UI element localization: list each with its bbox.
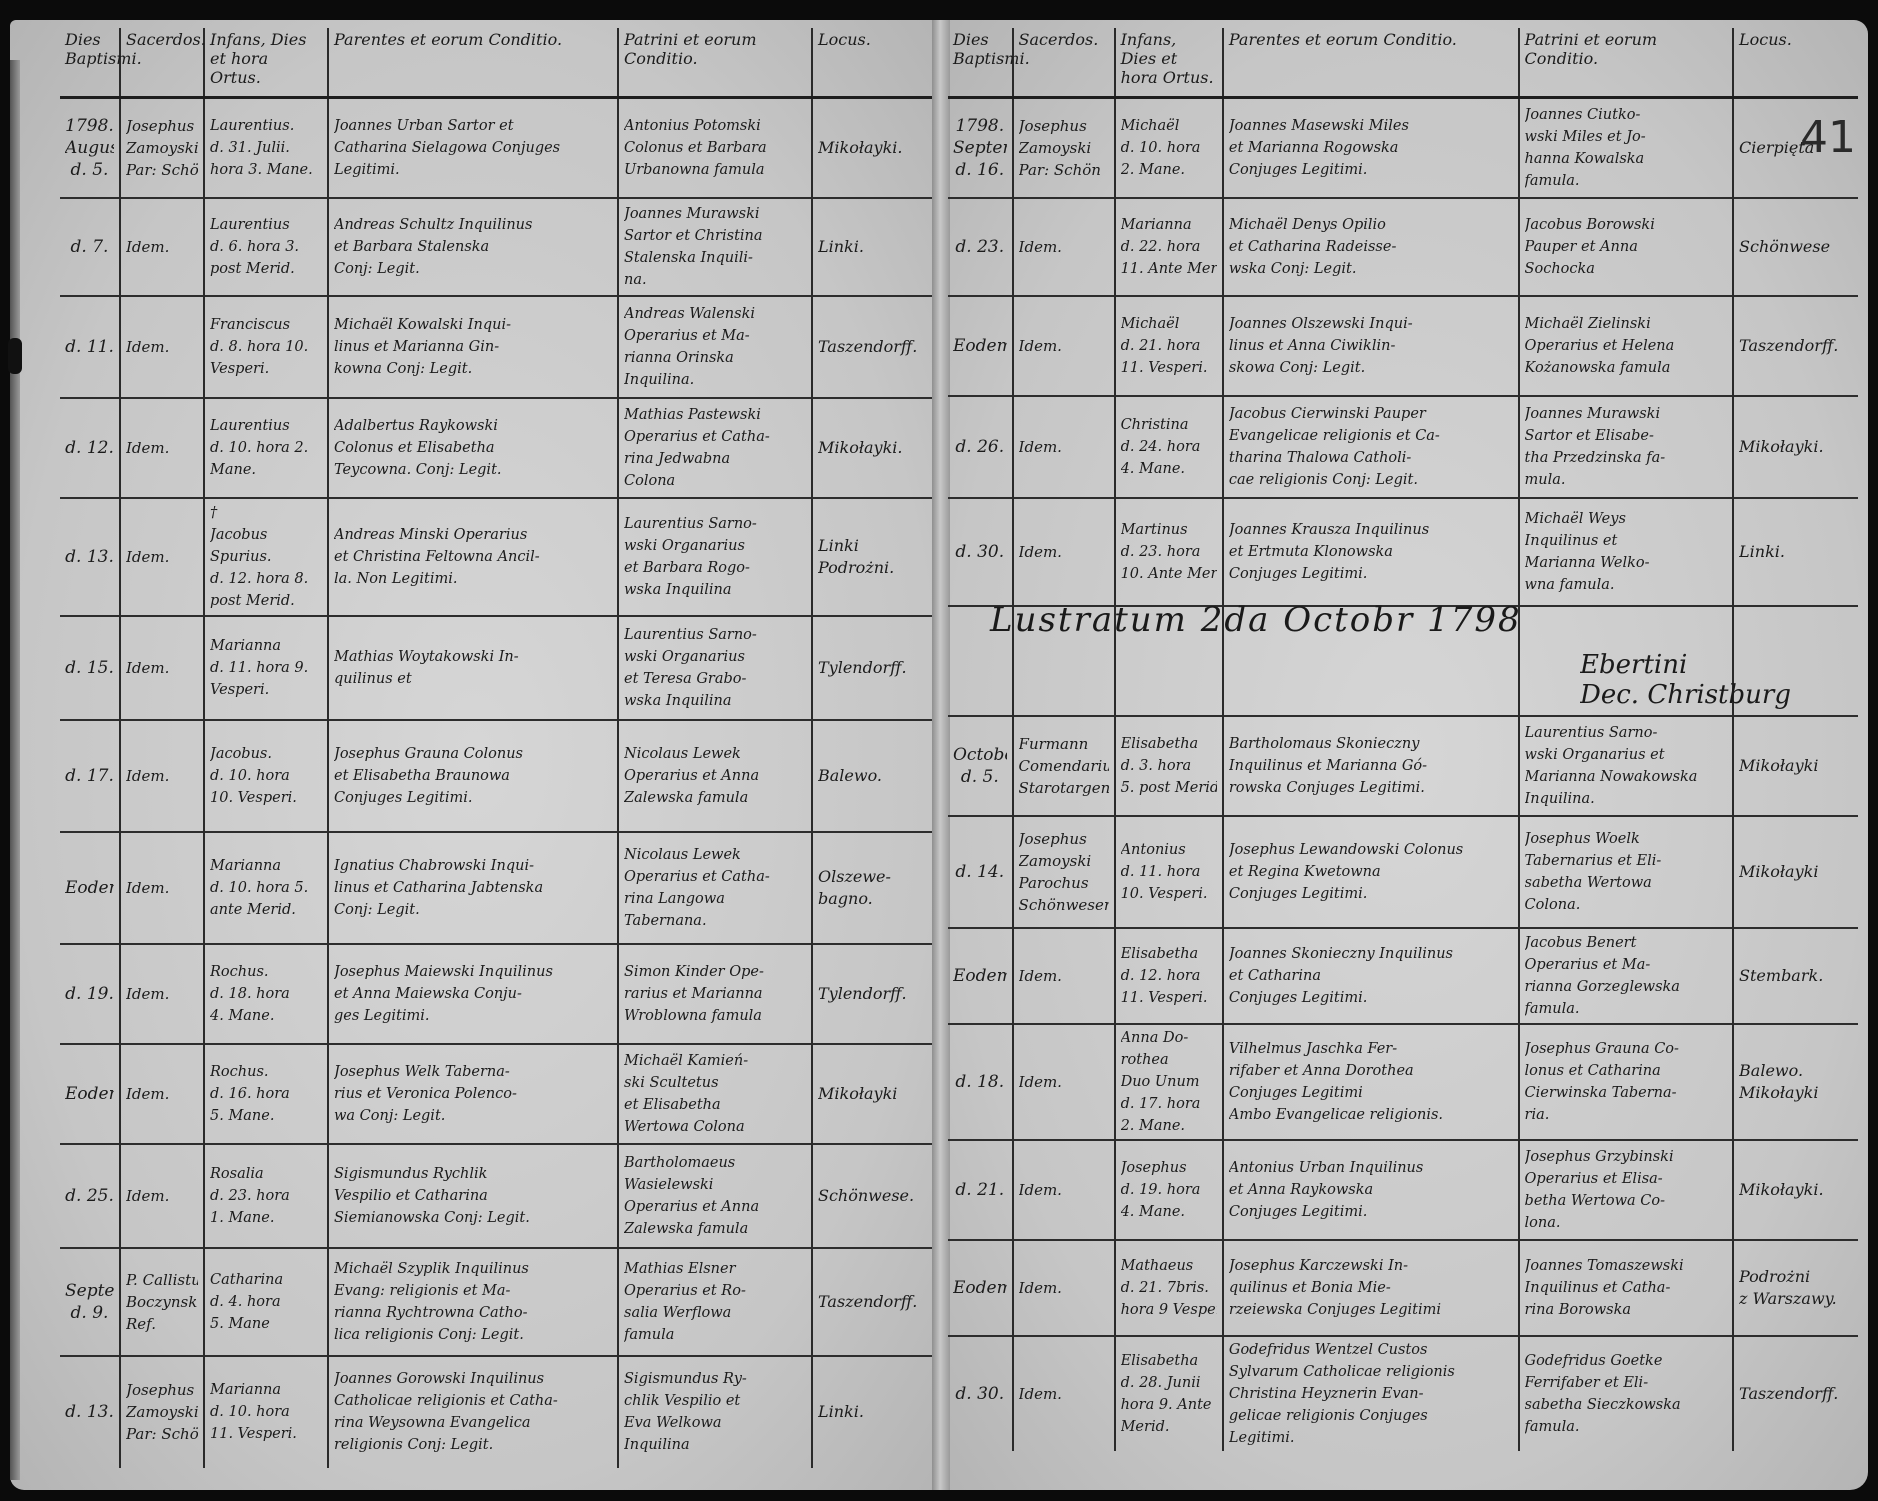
parents-line: et Regina Kwetowna [1229,861,1513,883]
infant-line: 11. Ante Merid. [1121,258,1217,280]
infant-line: Rosalia [210,1163,322,1185]
entry-parents: Michaël Denys Opilioet Catharina Radeiss… [1223,198,1519,296]
priest-line: Comendarius [1019,755,1109,777]
entry-priest: Idem. [1013,396,1115,498]
header-parentes: Parentes et eorum Conditio. [328,28,618,98]
godparents-line: et Teresa Grabo- [624,668,806,690]
entry-godparents: Antonius PotomskiColonus et BarbaraUrban… [618,98,812,198]
entry-infant: Elisabethad. 28. Juniihora 9. AnteMerid. [1115,1336,1223,1451]
entry-godparents: Godefridus GoetkeFerrifaber et Eli-sabet… [1519,1336,1733,1451]
locus-line: Linki. [818,236,927,258]
register-entry: d. 13.JosephusZamoyskiPar: SchönMarianna… [60,1356,932,1468]
right-entries: 1798.Septemberd. 16.JosephusZamoyskiPar:… [948,98,1858,1451]
godparents-line: sabetha Sieczkowska [1525,1394,1727,1416]
infant-line: d. 4. hora [210,1291,322,1313]
parents-line: Conjuges Legitimi. [334,787,612,809]
entry-parents: Andreas Minski Operariuset Christina Fel… [328,498,618,616]
parents-line: Michaël Szyplik Inquilinus [334,1258,612,1280]
entry-godparents: BartholomaeusWasielewskiOperarius et Ann… [618,1144,812,1248]
infant-line: Marianna [210,1379,322,1401]
infant-line: d. 16. hora [210,1083,322,1105]
entry-infant: Rochus.d. 18. hora4. Mane. [204,944,328,1044]
parents-line: et Barbara Stalenska [334,236,612,258]
parents-line: Siemianowska Conj: Legit. [334,1207,612,1229]
godparents-line: Tabernarius et Eli- [1525,850,1727,872]
header-infans: Infans, Dies et hora Ortus. [1115,28,1223,98]
parents-line: Antonius Urban Inquilinus [1229,1157,1513,1179]
header-locus: Locus. [1733,28,1858,98]
day-line: d. 23. [953,236,1007,258]
infant-line: d. 11. hora 9. [210,657,322,679]
godparents-line: Inquilina. [624,369,806,391]
parents-line: Conj: Legit. [334,258,612,280]
infant-line: d. 10. hora [1121,137,1217,159]
parents-line: Joannes Skonieczny Inquilinus [1229,943,1513,965]
signature-line: Dec. Christburg [1580,680,1791,710]
infant-line: Laurentius [210,214,322,236]
lustratum-signature: Ebertini Dec. Christburg [1580,650,1791,710]
entry-parents: Godefridus Wentzel CustosSylvarum Cathol… [1223,1336,1519,1451]
infant-line: Josephus [1121,1157,1217,1179]
infant-line: ante Merid. [210,899,322,921]
entry-locus: Stembark. [1733,928,1858,1024]
godparents-line: wski Miles et Jo- [1525,126,1727,148]
day-line: Eodem. [65,877,114,899]
entry-parents: Jacobus Cierwinski PauperEvangelicae rel… [1223,396,1519,498]
register-entry: d. 17.Idem.Jacobus.d. 10. hora10. Vesper… [60,720,932,832]
parents-line: Godefridus Wentzel Custos [1229,1339,1513,1361]
infant-line: 11. Vesperi. [1121,357,1217,379]
entry-locus: Linki. [812,1356,932,1468]
entry-godparents: Simon Kinder Ope-rarius et MariannaWrobl… [618,944,812,1044]
entry-locus: Taszendorff. [812,296,932,398]
infant-line: 5. post Merid. [1121,777,1217,799]
locus-line: Linki. [1739,541,1853,563]
entry-day: d. 11. [60,296,120,398]
priest-line: Idem. [1019,1383,1109,1405]
locus-line: Podrożni [1739,1266,1853,1288]
locus-line: Mikołayki [818,1083,927,1105]
day-line: September [953,137,1007,159]
parents-line: Josephus Maiewski Inquilinus [334,961,612,983]
entry-parents: Josephus Lewandowski Colonuset Regina Kw… [1223,816,1519,928]
entry-day: Eodem [948,296,1013,396]
parents-line: Andreas Schultz Inquilinus [334,214,612,236]
parents-line: Adalbertus Raykowski [334,415,612,437]
header-row: Dies Baptismi. Sacerdos. Infans, Dies et… [948,28,1858,98]
day-line: d. 5. [953,766,1007,788]
header-parentes: Parentes et eorum Conditio. [1223,28,1519,98]
godparents-line: Operarius et Anna [624,765,806,787]
entry-locus: Tylendorff. [812,944,932,1044]
priest-line: Zamoyski [126,137,198,159]
entry-day: d. 18. [948,1024,1013,1140]
priest-line: Starotargensis [1019,777,1109,799]
entry-godparents: Nicolaus LewekOperarius et AnnaZalewska … [618,720,812,832]
priest-line: Idem. [1019,1179,1109,1201]
day-line: d. 14. [953,861,1007,883]
infant-line: 1. Mane. [210,1207,322,1229]
parents-line: wska Conj: Legit. [1229,258,1513,280]
godparents-line: Eva Welkowa [624,1412,806,1434]
godparents-line: Josephus Grauna Co- [1525,1038,1727,1060]
infant-line: d. 17. hora [1121,1093,1217,1115]
entry-day: Eodem. [948,1240,1013,1336]
priest-line: Idem. [126,1083,198,1105]
godparents-line: Josephus Grzybinski [1525,1146,1727,1168]
entry-priest: FurmannComendariusStarotargensis [1013,716,1115,816]
entry-priest: Idem. [120,616,204,720]
infant-line: hora 9 Vesperi [1121,1299,1217,1321]
godparents-line: Antonius Potomski [624,115,806,137]
locus-line: Mikołayki. [1739,436,1853,458]
lustratum-note: Lustratum 2da Octobr 1798 [990,600,1522,640]
godparents-line: rina Borowska [1525,1299,1727,1321]
parents-line: Conjuges Legitimi. [1229,883,1513,905]
parents-line: Michaël Denys Opilio [1229,214,1513,236]
infant-line: d. 8. hora 10. [210,336,322,358]
entry-infant: Mariannad. 11. hora 9.Vesperi. [204,616,328,720]
entry-day: d. 15. [60,616,120,720]
infant-line: d. 11. hora [1121,861,1217,883]
infant-line: d. 10. hora [210,1401,322,1423]
godparents-line: Laurentius Sarno- [624,513,806,535]
entry-parents: Andreas Schultz Inquilinuset Barbara Sta… [328,198,618,296]
entry-priest: Idem. [120,498,204,616]
parents-line: Jacobus Cierwinski Pauper [1229,403,1513,425]
entry-godparents: Laurentius Sarno-wski Organarius etMaria… [1519,716,1733,816]
register-entry: October.d. 5.FurmannComendariusStarotarg… [948,716,1858,816]
infant-line: Christina [1121,414,1217,436]
entry-day: d. 26. [948,396,1013,498]
infant-line: Duo Unum [1121,1071,1217,1093]
locus-line: Mikołayki. [1739,1179,1853,1201]
parents-line: quilinus et Bonia Mie- [1229,1277,1513,1299]
entry-parents: Josephus Welk Taberna-rius et Veronica P… [328,1044,618,1144]
parents-line: rius et Veronica Polenco- [334,1083,612,1105]
godparents-line: sabetha Wertowa [1525,872,1727,894]
entry-parents: Joannes Krausza Inquilinuset Ertmuta Klo… [1223,498,1519,606]
godparents-line: famula [624,1324,806,1346]
entry-parents: Josephus Karczewski In-quilinus et Bonia… [1223,1240,1519,1336]
priest-line: Par: Schön [1019,159,1109,181]
parents-line: quilinus et [334,668,612,690]
godparents-line: wski Organarius [624,646,806,668]
header-dies: Dies Baptismi. [948,28,1013,98]
godparents-line: rianna Orinska [624,347,806,369]
godparents-line: et Elisabetha [624,1094,806,1116]
day-line: Eodem [953,335,1007,357]
register-entry: d. 12.Idem.Laurentiusd. 10. hora 2.Mane.… [60,398,932,498]
godparents-line: Tabernana. [624,910,806,932]
parents-line: kowna Conj: Legit. [334,358,612,380]
entry-locus: Mikołayki. [812,398,932,498]
entry-day: d. 30. [948,1336,1013,1451]
parents-line: rzeiewska Conjuges Legitimi [1229,1299,1513,1321]
godparents-line: Sigismundus Ry- [624,1368,806,1390]
infant-line: Marianna [1121,214,1217,236]
parents-line: Conjuges Legitimi. [1229,159,1513,181]
infant-line: 4. Mane. [1121,1201,1217,1223]
infant-line: d. 23. hora [210,1185,322,1207]
day-line: d. 19. [65,983,114,1005]
register-entry: Eodem.Idem.Mathaeusd. 21. 7bris.hora 9 V… [948,1240,1858,1336]
entry-priest: Idem. [120,1044,204,1144]
infant-line: Elisabetha [1121,943,1217,965]
parents-line: Conjuges Legitimi. [1229,987,1513,1009]
day-line: d. 21. [953,1179,1007,1201]
entry-locus: Mikołayki [812,1044,932,1144]
entry-infant: Rosaliad. 23. hora1. Mane. [204,1144,328,1248]
entry-parents: Ignatius Chabrowski Inqui-linus et Catha… [328,832,618,944]
register-entry: d. 18.Idem.Anna Do-rotheaDuo Unumd. 17. … [948,1024,1858,1140]
entry-locus: Olszewe-bagno. [812,832,932,944]
register-entry: 1798.Septemberd. 16.JosephusZamoyskiPar:… [948,98,1858,198]
priest-line: Schönwesensis [1019,894,1109,916]
entry-priest: Idem. [1013,1140,1115,1240]
godparents-line: famula. [1525,170,1727,192]
day-line: d. 18. [953,1071,1007,1093]
priest-line: Idem. [126,877,198,899]
godparents-line: famula. [1525,1416,1727,1438]
entry-priest: P. CallistusBoczynskiRef. [120,1248,204,1356]
godparents-line: Marianna Nowakowska [1525,766,1727,788]
godparents-line: Joannes Murawski [1525,403,1727,425]
infant-line: Elisabetha [1121,733,1217,755]
entry-infant: Elisabethad. 3. hora5. post Merid. [1115,716,1223,816]
left-entries: 1798.Augustusd. 5.JosephusZamoyskiPar: S… [60,98,932,1468]
entry-day: d. 25. [60,1144,120,1248]
infant-line: Franciscus [210,314,322,336]
priest-line: Josephus [126,1379,198,1401]
day-line: d. 26. [953,436,1007,458]
godparents-line: betha Wertowa Co- [1525,1190,1727,1212]
entry-day: d. 30. [948,498,1013,606]
register-entry: Septemberd. 9.P. CallistusBoczynskiRef.C… [60,1248,932,1356]
entry-godparents: Andreas WalenskiOperarius et Ma-rianna O… [618,296,812,398]
entry-parents: Mathias Woytakowski In-quilinus et [328,616,618,720]
godparents-line: wski Organarius [624,535,806,557]
infant-line: Vesperi. [210,358,322,380]
priest-line: Idem. [126,1185,198,1207]
parents-line: Bartholomaus Skonieczny [1229,733,1513,755]
entry-priest: Idem. [120,1144,204,1248]
entry-locus: Taszendorff. [812,1248,932,1356]
entry-parents: Joannes Gorowski InquilinusCatholicae re… [328,1356,618,1468]
infant-line: d. 18. hora [210,983,322,1005]
parents-line: linus et Anna Ciwiklin- [1229,335,1513,357]
entry-day: October.d. 5. [948,716,1013,816]
godparents-line: Sartor et Christina [624,225,806,247]
parents-line: Sylvarum Catholicae religionis [1229,1361,1513,1383]
godparents-line: Jacobus Borowski [1525,214,1727,236]
priest-line: Josephus [1019,115,1109,137]
entry-infant: Christinad. 24. hora4. Mane. [1115,396,1223,498]
godparents-line: Operarius et Ro- [624,1280,806,1302]
entry-godparents: Josephus WoelkTabernarius et Eli-sabetha… [1519,816,1733,928]
day-line: September [65,1280,114,1302]
godparents-line: Operarius et Catha- [624,866,806,888]
entry-day: 1798.Septemberd. 16. [948,98,1013,198]
locus-line: Mikołayki [1739,755,1853,777]
godparents-line: Laurentius Sarno- [1525,722,1727,744]
godparents-line: Marianna Welko- [1525,552,1727,574]
godparents-line: hanna Kowalska [1525,148,1727,170]
infant-line: Vesperi. [210,679,322,701]
godparents-line: rarius et Marianna [624,983,806,1005]
parents-line: Josephus Grauna Colonus [334,743,612,765]
locus-line: Taszendorff. [818,1291,927,1313]
godparents-line: Colona. [1525,894,1727,916]
entry-infant: Mariannad. 10. hora11. Vesperi. [204,1356,328,1468]
entry-priest: Idem. [120,832,204,944]
priest-line: Zamoyski [1019,137,1109,159]
infant-line: rothea [1121,1049,1217,1071]
priest-line: Idem. [126,336,198,358]
day-line: Eodem. [953,1277,1007,1299]
parents-line: Michaël Kowalski Inqui- [334,314,612,336]
godparents-line: Mathias Pastewski [624,404,806,426]
entry-infant: Jacobus.d. 10. hora10. Vesperi. [204,720,328,832]
entry-locus: Mikołayki. [812,98,932,198]
godparents-line: et Barbara Rogo- [624,557,806,579]
entry-godparents: Michaël ZielinskiOperarius et HelenaKoża… [1519,296,1733,396]
register-entry: d. 19.Idem.Rochus.d. 18. hora4. Mane.Jos… [60,944,932,1044]
entry-priest: Idem. [1013,928,1115,1024]
parents-line: rina Weysowna Evangelica [334,1412,612,1434]
parents-line: Evang: religionis et Ma- [334,1280,612,1302]
godparents-line: Wertowa Colona [624,1116,806,1138]
infant-line: 10. Ante Merid. [1121,563,1217,585]
day-line: d. 15. [65,657,114,679]
parents-line: et Ertmuta Klonowska [1229,541,1513,563]
entry-locus: Balewo. [812,720,932,832]
parents-line: lica religionis Conj: Legit. [334,1324,612,1346]
parents-line: tharina Thalowa Catholi- [1229,447,1513,469]
day-line: 1798. [65,115,114,137]
entry-parents: Joannes Masewski Mileset Marianna Rogows… [1223,98,1519,198]
day-line: d. 12. [65,437,114,459]
priest-line: Josephus [1019,828,1109,850]
register-entry: 1798.Augustusd. 5.JosephusZamoyskiPar: S… [60,98,932,198]
entry-godparents: Joannes MurawskiSartor et Elisabe-tha Pr… [1519,396,1733,498]
day-line: d. 30. [953,541,1007,563]
locus-line: Tylendorff. [818,657,927,679]
parents-line: Catharina Sielagowa Conjuges [334,137,612,159]
godparents-line: Operarius et Ma- [624,325,806,347]
entry-priest: Idem. [1013,1336,1115,1451]
godparents-line: Inquilinus et [1525,530,1727,552]
infant-line: Martinus [1121,519,1217,541]
entry-parents: Sigismundus RychlikVespilio et Catharina… [328,1144,618,1248]
infant-line: d. 31. Julii. [210,137,322,159]
godparents-line: Colona [624,470,806,492]
entry-godparents: Jacobus BorowskiPauper et AnnaSochocka [1519,198,1733,296]
godparents-line: rina Jedwabna [624,448,806,470]
day-line: d. 17. [65,765,114,787]
entry-godparents: Michaël WeysInquilinus etMarianna Welko-… [1519,498,1733,606]
godparents-line: Zalewska famula [624,1218,806,1240]
entry-locus: Podrożniz Warszawy. [1733,1240,1858,1336]
priest-line: Par: Schön [126,159,198,181]
godparents-line: salia Werflowa [624,1302,806,1324]
ink-smudge [8,338,22,374]
entry-day: Eodem. [948,928,1013,1024]
godparents-line: Godefridus Goetke [1525,1350,1727,1372]
entry-parents: Antonius Urban Inquilinuset Anna Raykows… [1223,1140,1519,1240]
priest-line: Idem. [1019,541,1109,563]
godparents-line: Joannes Ciutko- [1525,104,1727,126]
locus-line: Taszendorff. [818,336,927,358]
parents-line: Andreas Minski Operarius [334,524,612,546]
priest-line: Par: Schön [126,1423,198,1445]
priest-line: Idem. [1019,436,1109,458]
infant-line: d. 28. Junii [1121,1372,1217,1394]
godparents-line: Kożanowska famula [1525,357,1727,379]
book-binding-edge [10,60,20,1480]
godparents-line: Laurentius Sarno- [624,624,806,646]
infant-line: Laurentius [210,415,322,437]
infant-line: d. 10. hora 5. [210,877,322,899]
priest-line: Idem. [126,983,198,1005]
entry-godparents: Joannes TomaszewskiInquilinus et Catha-r… [1519,1240,1733,1336]
godparents-line: famula. [1525,998,1727,1020]
locus-line: Olszewe- [818,866,927,888]
entry-infant: Michaëld. 21. hora11. Vesperi. [1115,296,1223,396]
locus-line: Mikołayki. [818,437,927,459]
entry-priest: Idem. [120,296,204,398]
locus-line: Linki [818,535,927,557]
header-patrini: Patrini et eorum Conditio. [1519,28,1733,98]
godparents-line: Simon Kinder Ope- [624,961,806,983]
priest-line: Boczynski [126,1291,198,1313]
entry-godparents: Laurentius Sarno-wski Organariuset Barba… [618,498,812,616]
priest-line: Idem. [1019,236,1109,258]
priest-line: Zamoyski [1019,850,1109,872]
priest-line: Idem. [126,236,198,258]
godparents-line: Inquilinus et Catha- [1525,1277,1727,1299]
godparents-line: Ferrifaber et Eli- [1525,1372,1727,1394]
parents-line: Joannes Urban Sartor et [334,115,612,137]
infant-line: d. 12. hora 8. [210,568,322,590]
locus-line: Stembark. [1739,965,1853,987]
parents-line: linus et Marianna Gin- [334,336,612,358]
locus-line: Schönwese. [818,1185,927,1207]
godparents-line: Andreas Walenski [624,303,806,325]
entry-day: d. 14. [948,816,1013,928]
parents-line: et Marianna Rogowska [1229,137,1513,159]
header-patrini: Patrini et eorum Conditio. [618,28,812,98]
parents-line: skowa Conj: Legit. [1229,357,1513,379]
entry-day: d. 13. [60,498,120,616]
godparents-line: Stalenska Inquili- [624,247,806,269]
entry-godparents: Sigismundus Ry-chlik Vespilio etEva Welk… [618,1356,812,1468]
parents-line: Christina Heyznerin Evan- [1229,1383,1513,1405]
entry-parents: Joannes Urban Sartor etCatharina Sielago… [328,98,618,198]
parents-line: Ambo Evangelicae religionis. [1229,1104,1513,1126]
locus-line: bagno. [818,888,927,910]
godparents-line: Michaël Weys [1525,508,1727,530]
entry-godparents: Jacobus BenertOperarius et Ma-rianna Gor… [1519,928,1733,1024]
infant-line: † [210,502,322,524]
entry-locus: Balewo.Mikołayki [1733,1024,1858,1140]
locus-line: z Warszawy. [1739,1288,1853,1310]
godparents-line: Michaël Kamień- [624,1050,806,1072]
godparents-line: Cierwinska Taberna- [1525,1082,1727,1104]
godparents-line: chlik Vespilio et [624,1390,806,1412]
priest-line: Idem. [1019,965,1109,987]
godparents-line: Zalewska famula [624,787,806,809]
